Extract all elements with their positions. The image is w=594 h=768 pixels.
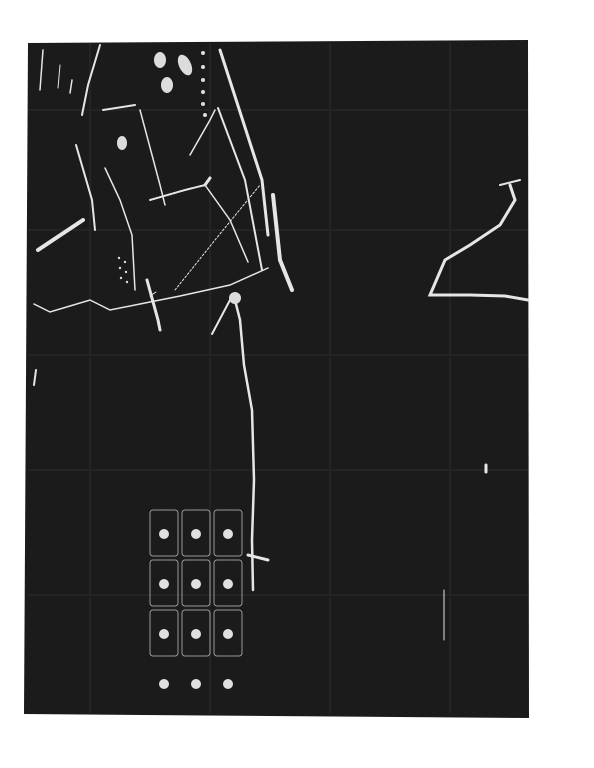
artwork-print — [0, 0, 594, 768]
dark-ground — [24, 40, 529, 718]
